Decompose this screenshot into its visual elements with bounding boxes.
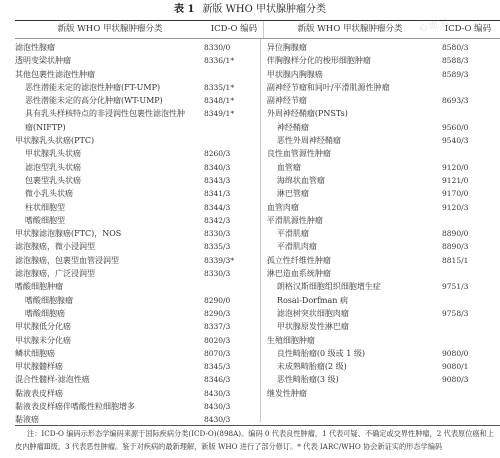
icd-o-code [442, 294, 500, 307]
icd-o-code [204, 280, 260, 293]
table-row: 甲状腺未分化癌8020/3 [15, 334, 260, 347]
tumor-name: 甲状腺髓样癌 [15, 360, 204, 373]
tumor-name: 平滑肌瘤 [267, 227, 442, 240]
table-caption: 表 1新版 WHO 甲状腺肿瘤分类 [0, 3, 500, 17]
table-row: 滤泡树突状细胞肉瘤9758/3 [267, 307, 500, 320]
header-left-code: ICD-O 编码 [205, 21, 263, 38]
tumor-name: 甲状腺未分化癌 [15, 334, 204, 347]
icd-o-code: 8815/1 [442, 254, 500, 267]
icd-o-code: 8430/3 [204, 387, 260, 400]
table-row: 伴胸腺样分化的梭形细胞肿瘤8588/3 [267, 54, 500, 67]
icd-o-code: 8588/3 [442, 54, 500, 67]
left-column: 滤泡性腺瘤8330/0透明变梁状肿瘤8336/1*其他包裹性滤泡性肿瘤恶性潜能未… [15, 39, 260, 427]
table-row: 外周神经鞘瘤(PNSTs) [267, 107, 500, 120]
table-row: 透明变梁状肿瘤8336/1* [15, 54, 260, 67]
icd-o-code: 8336/1* [204, 54, 260, 67]
icd-o-code: 9080/0 [442, 347, 500, 360]
table-row: 良性血管源性肿瘤 [267, 147, 500, 160]
tumor-name: 副神经节瘤和间叶/平滑肌源性肿瘤 [267, 81, 442, 94]
table-row: 其他包裹性滤泡性肿瘤 [15, 68, 260, 81]
table-row: Rosai-Dorfman 病 [267, 294, 500, 307]
tumor-name: 甲状腺乳头状癌(PTC) [15, 134, 204, 147]
tumor-name: 孤立性纤维性肿瘤 [267, 254, 442, 267]
right-column: 异位胸腺瘤8580/3伴胸腺样分化的梭形细胞肿瘤8588/3甲状腺内胸腺癌858… [261, 39, 500, 427]
icd-o-code: 8335/1* [204, 81, 260, 94]
icd-o-code: 8070/3 [204, 347, 260, 360]
table-row: 甲状腺乳头状癌8260/3 [15, 147, 260, 160]
table-footnote: 注：ICD-O 编码示形态学编码来源于国际疾病分类(ICD-O)(898A)。编… [15, 428, 499, 453]
tumor-name: 滤泡型乳头状癌 [15, 161, 204, 174]
tumor-name: 黏液表皮样癌伴嗜酸性粒细胞增多 [15, 400, 204, 413]
table-row: 滤泡性腺瘤8330/0 [15, 41, 260, 54]
icd-o-code: 9560/0 [442, 121, 500, 134]
table-row: 嗜酸细胞肿瘤 [15, 280, 260, 293]
table-row: 具有乳头样核特点的非浸润性包裹性滤泡性肿瘤(NIFTP)8349/1* [15, 107, 260, 134]
icd-o-code: 9120/3 [442, 201, 500, 214]
table-row: 恶性外周神经鞘瘤9540/3 [267, 134, 500, 147]
table-row: 良性畸胎瘤(0 级或 1 级)9080/0 [267, 347, 500, 360]
table-row: 海绵状血管瘤9121/0 [267, 174, 500, 187]
tumor-name: 滤泡腺癌，广泛浸润型 [15, 267, 204, 280]
table-row: 血管肉瘤9120/3 [267, 201, 500, 214]
tumor-name: 透明变梁状肿瘤 [15, 54, 204, 67]
icd-o-code: 8260/3 [204, 147, 260, 160]
icd-o-code: 8344/3 [204, 201, 260, 214]
tumor-name: 甲状腺低分化癌 [15, 320, 204, 333]
table-row: 混合性髓样-滤泡性癌8346/3 [15, 373, 260, 386]
tumor-name: 甲状腺内胸腺癌 [267, 68, 442, 81]
tumor-name: 良性畸胎瘤(0 级或 1 级) [267, 347, 442, 360]
tumor-name: 恶性潜能未定的滤泡性肿瘤(FT-UMP) [15, 81, 204, 94]
table-row: 淋巴造血系统肿瘤 [267, 267, 500, 280]
icd-o-code: 9170/0 [442, 187, 500, 200]
tumor-name: 其他包裹性滤泡性肿瘤 [15, 68, 204, 81]
icd-o-code: 8589/3 [442, 68, 500, 81]
table-row: 副神经节瘤8693/3 [267, 94, 500, 107]
icd-o-code: 8348/1* [204, 94, 260, 107]
icd-o-code: 8337/3 [204, 320, 260, 333]
table-row: 异位胸腺瘤8580/3 [267, 41, 500, 54]
tumor-name: 嗜酸细胞肿瘤 [15, 280, 204, 293]
tumor-name: 滤泡性腺瘤 [15, 41, 204, 54]
tumor-name: 嗜酸细胞癌 [15, 307, 204, 320]
tumor-name: 副神经节瘤 [267, 94, 442, 107]
table-row: 恶性潜能未定的高分化肿瘤(WT-UMP)8348/1* [15, 94, 260, 107]
table-row: 微小乳头状癌8341/3 [15, 187, 260, 200]
icd-o-code: 8890/0 [442, 227, 500, 240]
table-row: 嗜酸细胞癌8290/3 [15, 307, 260, 320]
tumor-name: 平滑肌肉瘤 [267, 240, 442, 253]
tumor-name: 柱状细胞型 [15, 201, 204, 214]
table-row: 继发性肿瘤 [267, 387, 500, 400]
table-bottom-rule [15, 425, 500, 426]
tumor-name: 外周神经鞘瘤(PNSTs) [267, 107, 442, 120]
table-row: 平滑肌源性肿瘤 [267, 214, 500, 227]
tumor-name: 嗜酸细胞腺瘤 [15, 294, 204, 307]
table-row: 平滑肌瘤8890/0 [267, 227, 500, 240]
icd-o-code: 9540/3 [442, 134, 500, 147]
tumor-name: 神经鞘瘤 [267, 121, 442, 134]
icd-o-code: 8341/3 [204, 187, 260, 200]
tumor-name: 滤泡腺癌，包裹型血管浸润型 [15, 254, 204, 267]
icd-o-code [204, 134, 260, 147]
icd-o-code [442, 320, 500, 333]
table-row: 黏液表皮样癌伴嗜酸性粒细胞增多8430/3 [15, 400, 260, 413]
icd-o-code [204, 68, 260, 81]
table-row: 嗜酸细胞腺瘤8290/0 [15, 294, 260, 307]
icd-o-code: 9758/3 [442, 307, 500, 320]
tumor-name: 血管肉瘤 [267, 201, 442, 214]
tumor-name: 淋巴造血系统肿瘤 [267, 267, 442, 280]
icd-o-code [442, 334, 500, 347]
table-row: 未成熟畸胎瘤(2 级)9080/1 [267, 360, 500, 373]
tumor-name: Rosai-Dorfman 病 [267, 294, 442, 307]
icd-o-code: 8339/3* [204, 254, 260, 267]
icd-o-code: 8890/3 [442, 240, 500, 253]
icd-o-code: 8290/0 [204, 294, 260, 307]
icd-o-code [442, 387, 500, 400]
table-row: 神经鞘瘤9560/0 [267, 121, 500, 134]
table-header: 新版 WHO 甲状腺肿瘤分类 ICD-O 编码 新版 WHO 甲状腺肿瘤分类 I… [15, 21, 500, 39]
table-row: 滤泡腺癌，广泛浸润型8330/3 [15, 267, 260, 280]
table-row: 朗格汉斯细胞组织细胞增生症9751/3 [267, 280, 500, 293]
table-row: 嗜酸细胞型8342/3 [15, 214, 260, 227]
tumor-name: 滤泡腺癌，微小浸润型 [15, 240, 204, 253]
table-row: 滤泡型乳头状癌8340/3 [15, 161, 260, 174]
icd-o-code: 8330/3 [204, 227, 260, 240]
table-row: 甲状腺内胸腺癌8589/3 [267, 68, 500, 81]
table-row: 黏液表皮样癌8430/3 [15, 387, 260, 400]
tumor-name: 异位胸腺瘤 [267, 41, 442, 54]
icd-o-code: 8020/3 [204, 334, 260, 347]
icd-o-code: 8330/3 [204, 267, 260, 280]
table-row: 恶性畸胎瘤(3 级)9080/3 [267, 373, 500, 386]
icd-o-code [442, 81, 500, 94]
icd-o-code: 8346/3 [204, 373, 260, 386]
icd-o-code: 8340/3 [204, 161, 260, 174]
header-right-name: 新版 WHO 甲状腺肿瘤分类 [264, 21, 436, 38]
tumor-name: 伴胸腺样分化的梭形细胞肿瘤 [267, 54, 442, 67]
tumor-name: 混合性髓样-滤泡性癌 [15, 373, 204, 386]
tumor-name: 恶性畸胎瘤(3 级) [267, 373, 442, 386]
tumor-name: 黏液表皮样癌 [15, 387, 204, 400]
icd-o-code [442, 214, 500, 227]
icd-o-code: 8342/3 [204, 214, 260, 227]
icd-o-code: 8345/3 [204, 360, 260, 373]
tumor-name: 海绵状血管瘤 [267, 174, 442, 187]
tumor-name: 具有乳头样核特点的非浸润性包裹性滤泡性肿瘤(NIFTP) [15, 107, 204, 134]
table-row: 鳞状细胞癌8070/3 [15, 347, 260, 360]
tumor-name: 良性血管源性肿瘤 [267, 147, 442, 160]
icd-o-code: 9121/0 [442, 174, 500, 187]
table-row: 甲状腺乳头状癌(PTC) [15, 134, 260, 147]
tumor-name: 生殖细胞肿瘤 [267, 334, 442, 347]
icd-o-code: 9080/3 [442, 373, 500, 386]
tumor-name: 甲状腺滤泡腺癌(FTC)，NOS [15, 227, 204, 240]
classification-table: 新版 WHO 甲状腺肿瘤分类 ICD-O 编码 新版 WHO 甲状腺肿瘤分类 I… [15, 20, 500, 427]
icd-o-code: 9080/1 [442, 360, 500, 373]
table-row: 滤泡腺癌，包裹型血管浸润型8339/3* [15, 254, 260, 267]
icd-o-code: 9751/3 [442, 280, 500, 293]
table-number: 表 1 [174, 4, 194, 15]
icd-o-code: 8335/3 [204, 240, 260, 253]
table-row: 滤泡腺癌，微小浸润型8335/3 [15, 240, 260, 253]
icd-o-code: 8693/3 [442, 94, 500, 107]
header-left-name: 新版 WHO 甲状腺肿瘤分类 [15, 21, 205, 38]
table-row: 包裹型乳头状癌8343/3 [15, 174, 260, 187]
table-row: 淋巴管瘤9170/0 [267, 187, 500, 200]
table-row: 血管瘤9120/0 [267, 161, 500, 174]
table-row: 副神经节瘤和间叶/平滑肌源性肿瘤 [267, 81, 500, 94]
icd-o-code [442, 267, 500, 280]
tumor-name: 甲状腺原发性淋巴瘤 [267, 320, 442, 333]
table-row: 甲状腺原发性淋巴瘤 [267, 320, 500, 333]
table-row: 甲状腺髓样癌8345/3 [15, 360, 260, 373]
icd-o-code: 8349/1* [204, 107, 260, 120]
tumor-name: 朗格汉斯细胞组织细胞增生症 [267, 280, 442, 293]
tumor-name: 平滑肌源性肿瘤 [267, 214, 442, 227]
icd-o-code: 8343/3 [204, 174, 260, 187]
tumor-name: 鳞状细胞癌 [15, 347, 204, 360]
tumor-name: 恶性外周神经鞘瘤 [267, 134, 442, 147]
icd-o-code: 8330/0 [204, 41, 260, 54]
tumor-name: 滤泡树突状细胞肉瘤 [267, 307, 442, 320]
table-body: 滤泡性腺瘤8330/0透明变梁状肿瘤8336/1*其他包裹性滤泡性肿瘤恶性潜能未… [15, 39, 500, 427]
header-right-code: ICD-O 编码 [436, 21, 500, 38]
table-row: 柱状细胞型8344/3 [15, 201, 260, 214]
tumor-name: 淋巴管瘤 [267, 187, 442, 200]
tumor-name: 继发性肿瘤 [267, 387, 442, 400]
table-row: 恶性潜能未定的滤泡性肿瘤(FT-UMP)8335/1* [15, 81, 260, 94]
tumor-name: 包裹型乳头状癌 [15, 174, 204, 187]
tumor-name: 未成熟畸胎瘤(2 级) [267, 360, 442, 373]
icd-o-code [442, 147, 500, 160]
table-row: 甲状腺低分化癌8337/3 [15, 320, 260, 333]
table-row: 甲状腺滤泡腺癌(FTC)，NOS8330/3 [15, 227, 260, 240]
tumor-name: 甲状腺乳头状癌 [15, 147, 204, 160]
table-row: 生殖细胞肿瘤 [267, 334, 500, 347]
tumor-name: 微小乳头状癌 [15, 187, 204, 200]
tumor-name: 血管瘤 [267, 161, 442, 174]
icd-o-code: 9120/0 [442, 161, 500, 174]
table-row: 孤立性纤维性肿瘤8815/1 [267, 254, 500, 267]
icd-o-code [442, 107, 500, 120]
icd-o-code: 8430/3 [204, 400, 260, 413]
tumor-name: 恶性潜能未定的高分化肿瘤(WT-UMP) [15, 94, 204, 107]
icd-o-code: 8290/3 [204, 307, 260, 320]
table-title: 新版 WHO 甲状腺肿瘤分类 [202, 4, 326, 15]
tumor-name: 嗜酸细胞型 [15, 214, 204, 227]
icd-o-code: 8580/3 [442, 41, 500, 54]
table-row: 平滑肌肉瘤8890/3 [267, 240, 500, 253]
